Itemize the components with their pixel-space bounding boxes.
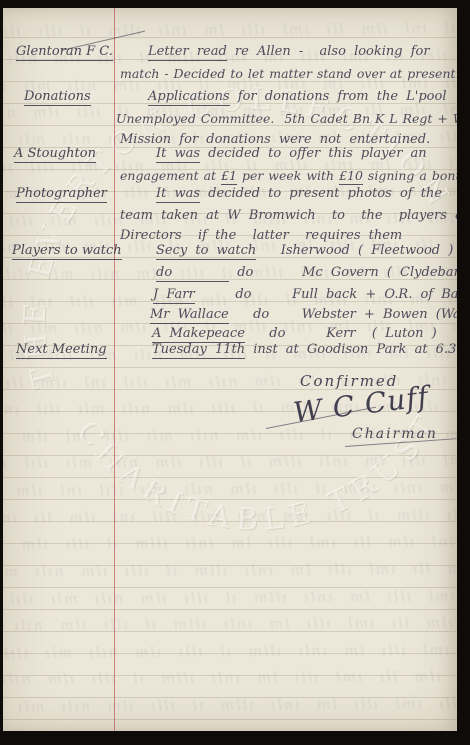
body-text: It was decided to offer this player an xyxy=(156,146,427,161)
body-text: Unemployed Committee. 5th Cadet Bn K L R… xyxy=(116,111,457,126)
red-margin-rule xyxy=(114,8,115,731)
body-text: Mission for donations were not entertain… xyxy=(120,132,430,147)
margin-heading: Next Meeting xyxy=(16,342,107,359)
body-text: Directors if the latter requires them xyxy=(120,228,402,243)
body-text: J Farr do Full back + O.R. of Bathgate. xyxy=(153,287,457,302)
body-text: Applications for donations from the L'po… xyxy=(148,89,447,104)
photo-frame: ıllı ılm nılı mlı ılıl ınl ılm llı ıml ı… xyxy=(0,0,470,745)
body-text: match - Decided to let matter stand over… xyxy=(120,66,457,81)
body-text: Secy to watch Isherwood ( Fleetwood ) xyxy=(156,243,453,258)
body-text: Tuesday 11th inst at Goodison Park at 6.… xyxy=(152,342,457,357)
margin-heading: Photographer xyxy=(16,186,107,203)
body-text: do do Mc Govern ( Clydebank ) xyxy=(156,265,457,280)
body-text: Letter read re Allen - also looking for xyxy=(148,44,430,59)
body-text: It was decided to present photos of the xyxy=(156,186,442,201)
body-text: A Makepeace do Kerr ( Luton ) xyxy=(152,326,437,341)
body-text: team taken at W Bromwich to the players … xyxy=(120,208,457,223)
margin-heading: A Stoughton xyxy=(14,146,96,163)
margin-heading: Donations xyxy=(24,89,91,106)
body-text: engagement at £1 per week with £10 signi… xyxy=(120,168,457,183)
ledger-page: ıllı ılm nılı mlı ılıl ınl ılm llı ıml ı… xyxy=(3,8,457,731)
body-text: Mr Wallace do Webster + Bowen (Walsall) xyxy=(150,307,457,322)
margin-heading: Glentoran F C. xyxy=(16,44,113,61)
margin-heading: Players to watch xyxy=(12,243,122,260)
